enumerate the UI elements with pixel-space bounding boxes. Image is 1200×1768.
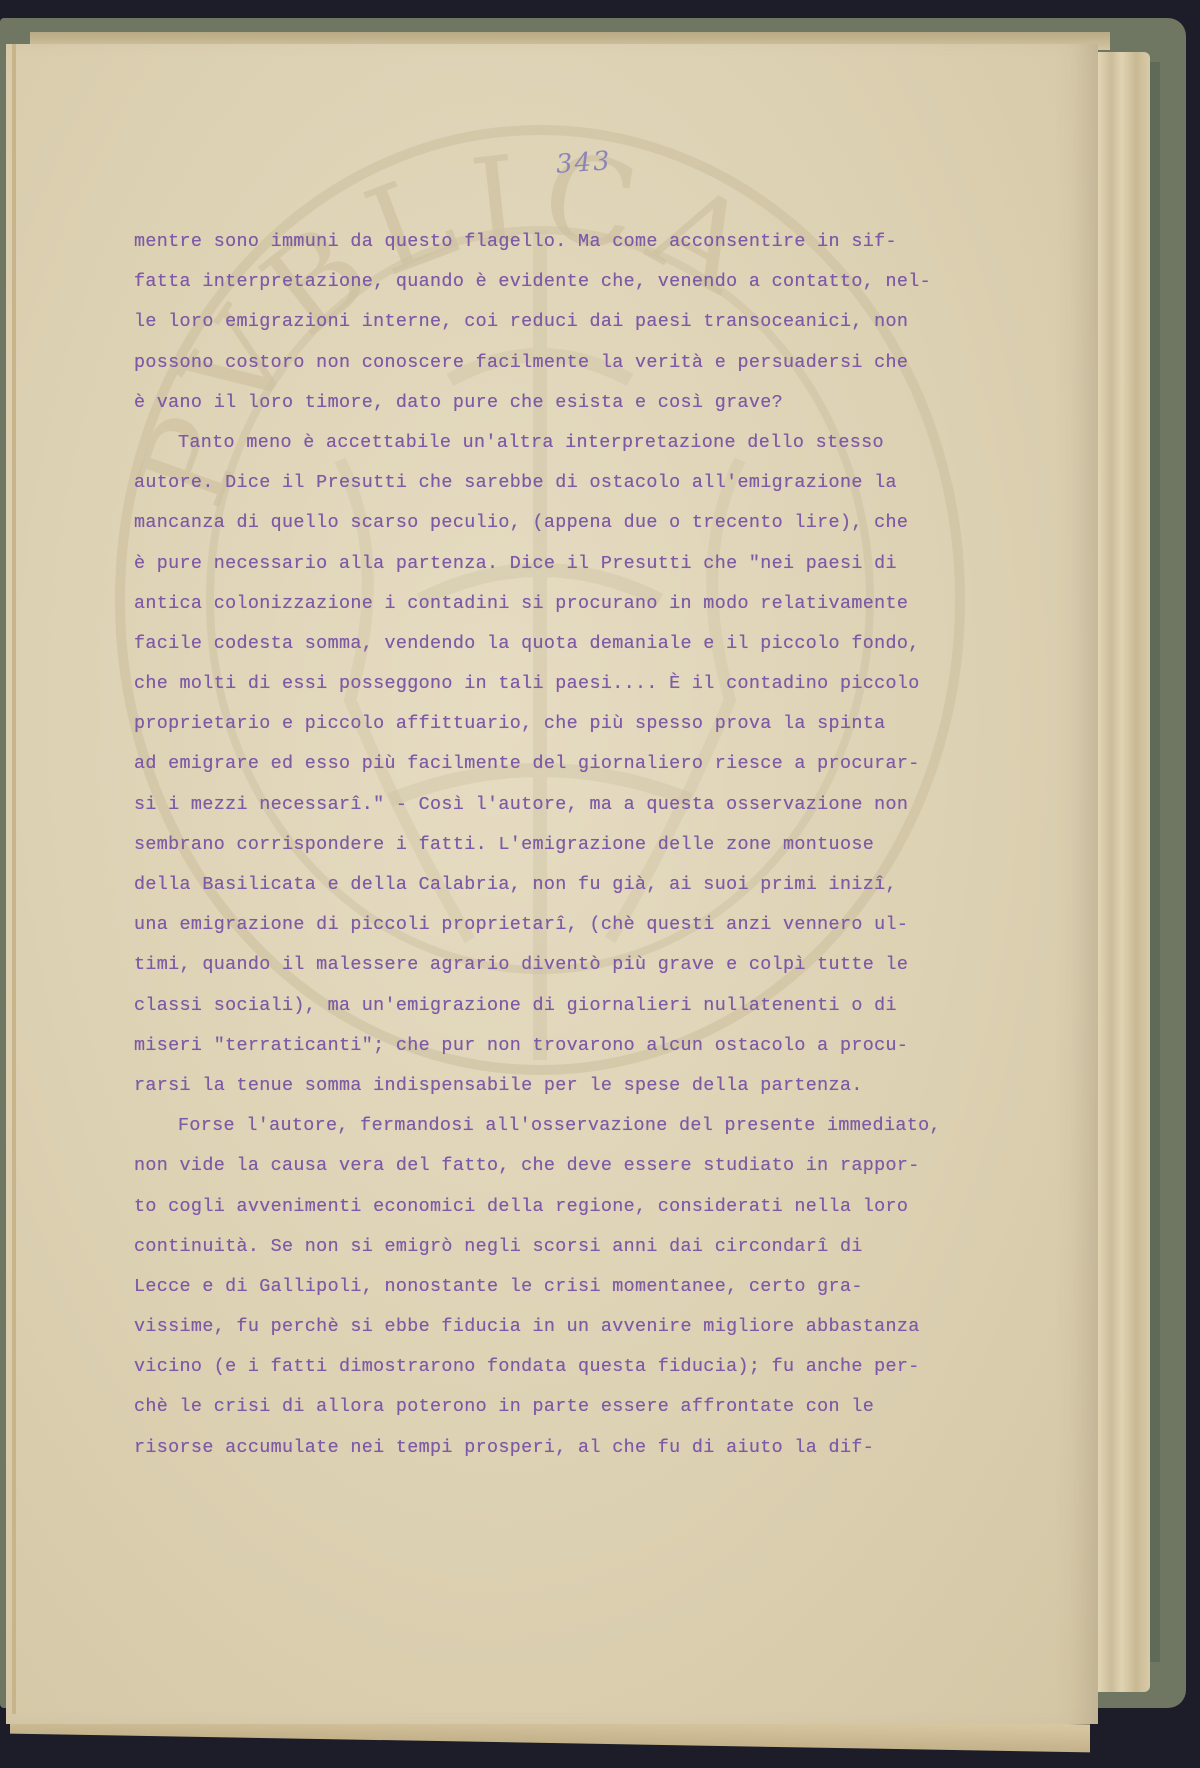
text-line: vicino (e i fatti dimostrarono fondata q… xyxy=(134,1347,1094,1387)
text-line: vissime, fu perchè si ebbe fiducia in un… xyxy=(134,1307,1094,1347)
text-line: una emigrazione di piccoli proprietarî, … xyxy=(134,905,1094,945)
binding-edge xyxy=(12,44,16,1714)
text-line: è vano il loro timore, dato pure che esi… xyxy=(134,383,1094,423)
text-line: è pure necessario alla partenza. Dice il… xyxy=(134,544,1094,584)
text-line: autore. Dice il Presutti che sarebbe di … xyxy=(134,463,1094,503)
text-line: della Basilicata e della Calabria, non f… xyxy=(134,865,1094,905)
text-line: fatta interpretazione, quando è evidente… xyxy=(134,262,1094,302)
text-line: mancanza di quello scarso peculio, (appe… xyxy=(134,503,1094,543)
text-line: to cogli avvenimenti economici della reg… xyxy=(134,1187,1094,1227)
text-line: miseri "terraticanti"; che pur non trova… xyxy=(134,1026,1094,1066)
text-line: Lecce e di Gallipoli, nonostante le cris… xyxy=(134,1267,1094,1307)
text-line: risorse accumulate nei tempi prosperi, a… xyxy=(134,1428,1094,1468)
text-line: le loro emigrazioni interne, coi reduci … xyxy=(134,302,1094,342)
text-line: chè le crisi di allora poterono in parte… xyxy=(134,1387,1094,1427)
text-line: classi sociali), ma un'emigrazione di gi… xyxy=(134,986,1094,1026)
text-line: mentre sono immuni da questo flagello. M… xyxy=(134,222,1094,262)
text-line: sembrano corrispondere i fatti. L'emigra… xyxy=(134,825,1094,865)
text-line: continuità. Se non si emigrò negli scors… xyxy=(134,1227,1094,1267)
text-line: Forse l'autore, fermandosi all'osservazi… xyxy=(134,1106,1094,1146)
text-line: timi, quando il malessere agrario divent… xyxy=(134,945,1094,985)
text-line: non vide la causa vera del fatto, che de… xyxy=(134,1146,1094,1186)
text-line: Tanto meno è accettabile un'altra interp… xyxy=(134,423,1094,463)
text-line: antica colonizzazione i contadini si pro… xyxy=(134,584,1094,624)
text-line: proprietario e piccolo affittuario, che … xyxy=(134,704,1094,744)
typewritten-body: mentre sono immuni da questo flagello. M… xyxy=(134,222,1094,1468)
handwritten-page-number: 343 xyxy=(555,146,613,180)
text-line: che molti di essi posseggono in tali pae… xyxy=(134,664,1094,704)
text-line: facile codesta somma, vendendo la quota … xyxy=(134,624,1094,664)
text-line: si i mezzi necessarî." - Così l'autore, … xyxy=(134,785,1094,825)
text-line: rarsi la tenue somma indispensabile per … xyxy=(134,1066,1094,1106)
text-line: ad emigrare ed esso più facilmente del g… xyxy=(134,744,1094,784)
text-line: possono costoro non conoscere facilmente… xyxy=(134,343,1094,383)
